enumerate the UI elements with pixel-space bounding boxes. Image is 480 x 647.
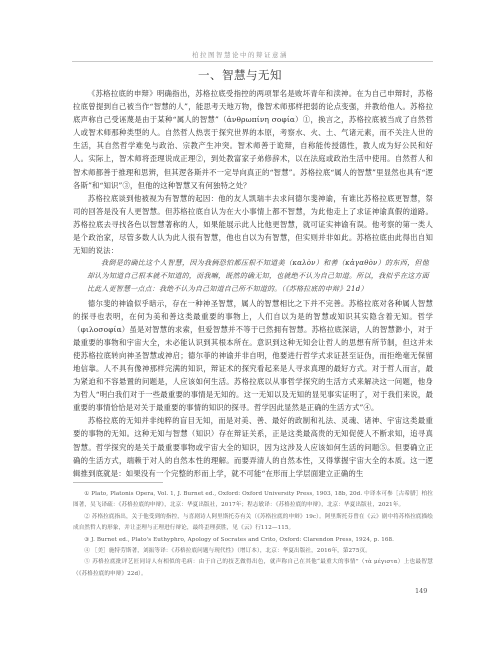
paragraph: 《苏格拉底的申辩》明确指出，苏格拉底受指控的两项罪名是败坏青年和渎神。在为自己申… xyxy=(73,87,433,192)
footnotes: ① Plato, Platonis Opera, Vol. 1, J. Burn… xyxy=(73,489,433,580)
paragraph: 苏格拉底的无知并非纯粹的盲目无知，而是对美、善、最好的政制和礼法、灵魂、诸神、宇… xyxy=(73,414,433,479)
footnote: ② 苏格拉底指出，关于他受到的指控，与喜剧诗人阿里斯托芬有关（《苏格拉底的申辩》… xyxy=(73,512,433,535)
running-head: 柏拉图智慧论中的辩证意涵 xyxy=(0,50,480,59)
footnote-rule xyxy=(73,482,163,483)
paragraph: 苏格拉底谈到他被视为有智慧的起因：他的友人凯瑞丰去求问德尔斐神谕，有谁比苏格拉底… xyxy=(73,192,433,257)
paragraph: 德尔斐的神谕似乎暗示，存在一种神圣智慧，属人的智慧相比之下并不完善。苏格拉底对各… xyxy=(73,297,433,415)
header-rule xyxy=(72,61,433,62)
footnote: ④ ［美］施特劳斯著，刘振等译：《苏格拉底问题与现代性》（增订本），北京：华夏出… xyxy=(73,546,433,557)
page-number: 149 xyxy=(415,587,427,595)
footnote: ⑤ 苏格拉底批评艺匠同诗人有相似的毛病：由于自己的技艺做得出色，就声称自己在其他… xyxy=(73,557,433,580)
section-title: 一、智慧与无知 xyxy=(0,67,480,83)
body-text: 《苏格拉底的申辩》明确指出，苏格拉底受指控的两项罪名是败坏青年和渎神。在为自己申… xyxy=(73,87,433,480)
block-quote: 我倒是的确比这个人智慧，因为我俩恐怕都压根不知道美（καλὸν）和善（κἀγαθ… xyxy=(73,257,433,296)
footnote: ① Plato, Platonis Opera, Vol. 1, J. Burn… xyxy=(73,489,433,512)
footnote: ③ J. Burnet ed., Plato's Euthyphro, Apol… xyxy=(73,535,433,546)
